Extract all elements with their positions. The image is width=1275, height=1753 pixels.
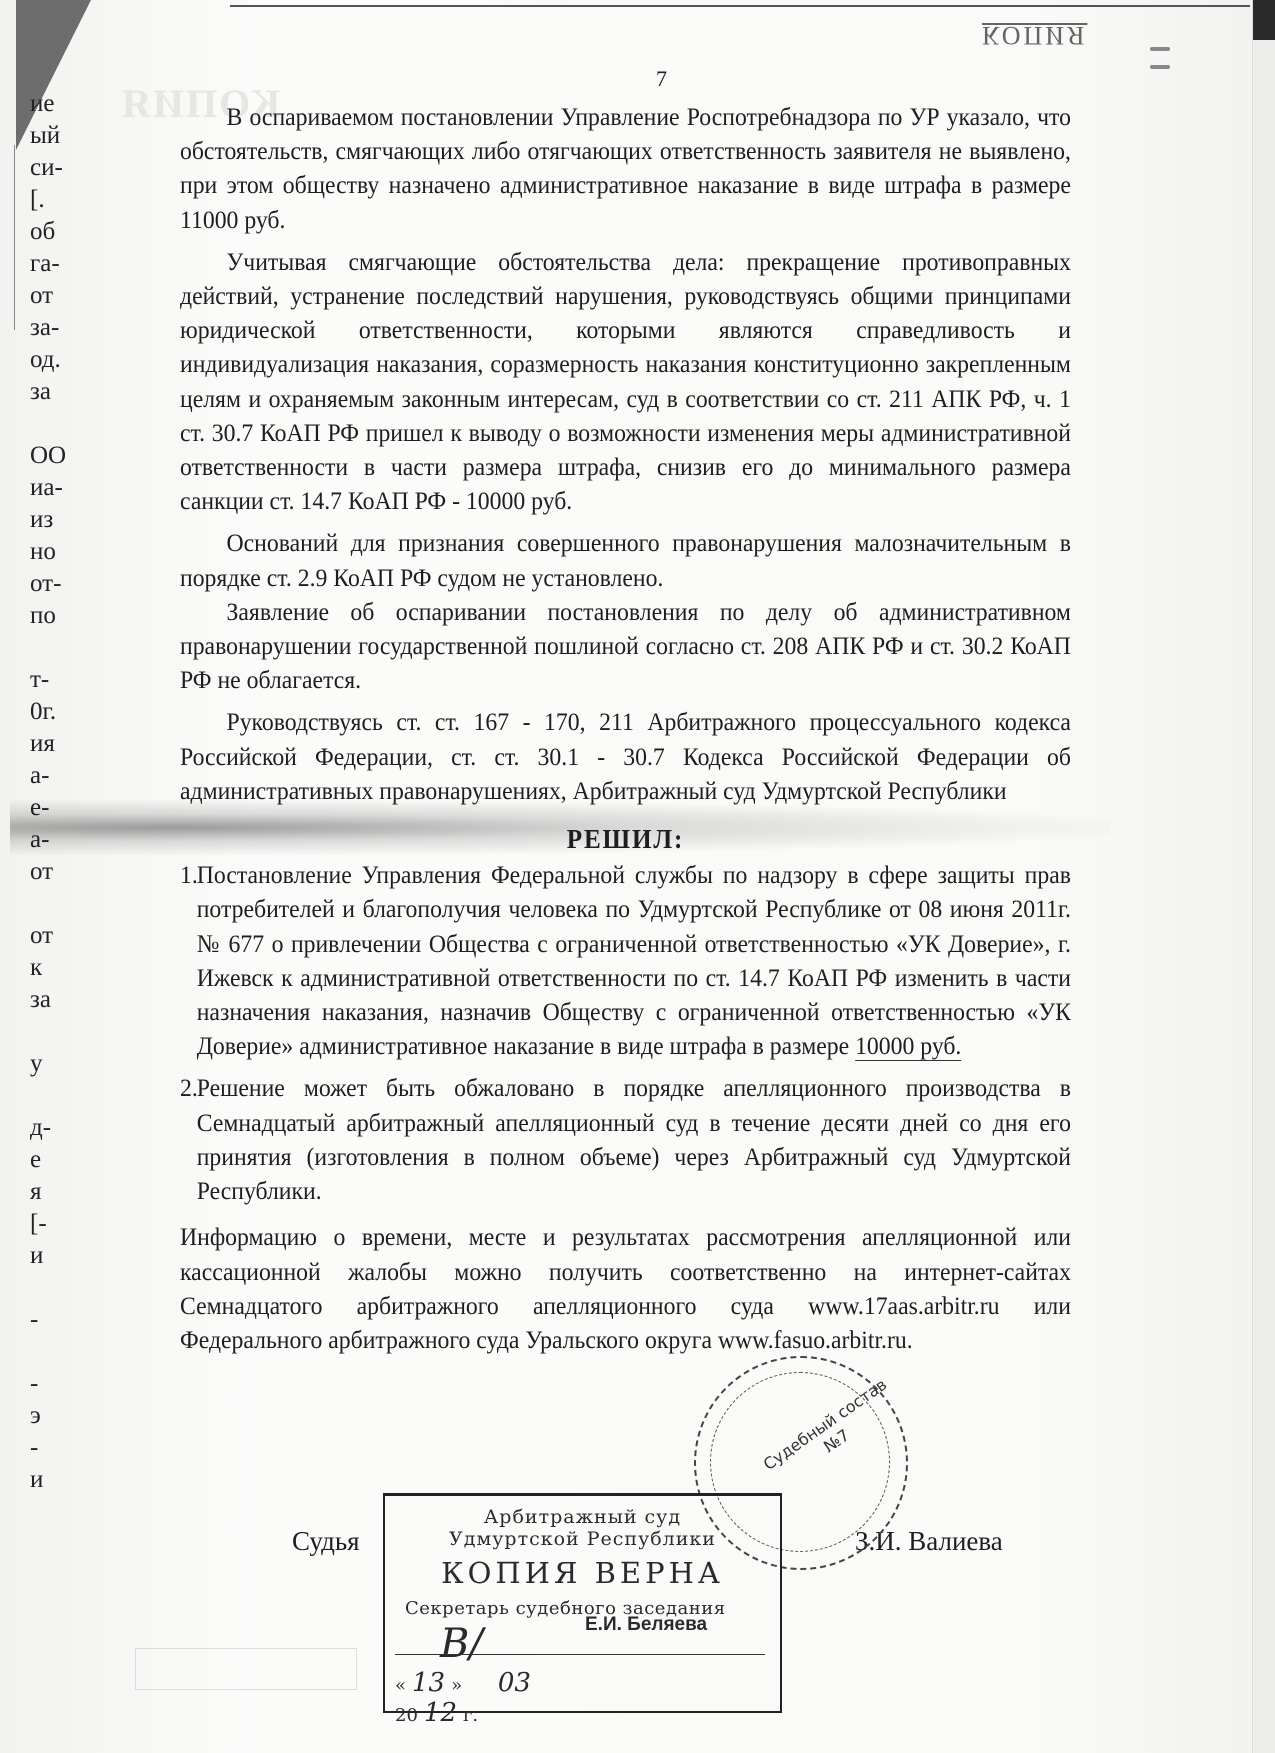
binder-marks bbox=[1150, 38, 1205, 44]
margin-fragment: ия bbox=[30, 728, 66, 760]
margin-fragment bbox=[30, 1272, 66, 1304]
item-number: 2. bbox=[180, 1071, 197, 1208]
paragraph: В оспариваемом постановлении Управление … bbox=[180, 100, 1071, 237]
date-year: 12 bbox=[424, 1698, 457, 1728]
margin-fragment: а- bbox=[30, 824, 66, 856]
margin-fragment bbox=[30, 408, 66, 440]
left-edge-line bbox=[14, 145, 15, 330]
stamp-court-line: Арбитражный суд bbox=[385, 1506, 780, 1528]
item-number: 1. bbox=[180, 858, 197, 1063]
margin-fragment: от bbox=[30, 920, 66, 952]
decision-item-1: 1. Постановление Управления Федеральной … bbox=[180, 858, 1071, 1063]
document-page: КОПИЯ КОПИЯ иеыйси-[.обга-отза-од.за ООи… bbox=[0, 0, 1275, 1753]
margin-fragment bbox=[30, 1080, 66, 1112]
date-day: 13 bbox=[412, 1668, 445, 1698]
margin-fragment bbox=[30, 1336, 66, 1368]
margin-fragment: но bbox=[30, 536, 66, 568]
margin-fragment: за- bbox=[30, 312, 66, 344]
margin-fragment: д- bbox=[30, 1112, 66, 1144]
margin-fragment: иа- bbox=[30, 472, 66, 504]
margin-fragment: а- bbox=[30, 760, 66, 792]
mirrored-copy-mark: КОПИЯ bbox=[982, 20, 1087, 50]
margin-fragment: ОО bbox=[30, 440, 66, 472]
secretary-name: Е.И. Беляева bbox=[585, 1614, 707, 1636]
margin-fragment bbox=[30, 1016, 66, 1048]
margin-fragment: к bbox=[30, 952, 66, 984]
copy-certification-stamp: Арбитражный суд Удмуртской Республики КО… bbox=[383, 1493, 782, 1713]
appeal-info-paragraph: Информацию о времени, месте и результата… bbox=[180, 1220, 1071, 1357]
certification-date: «13» 03 2012г. bbox=[395, 1668, 765, 1728]
margin-fragment: си- bbox=[30, 152, 66, 184]
margin-fragment: и bbox=[30, 1240, 66, 1272]
margin-fragment: е bbox=[30, 1144, 66, 1176]
margin-fragment: т- bbox=[30, 664, 66, 696]
margin-fragment: [. bbox=[30, 184, 66, 216]
margin-fragment: за bbox=[30, 984, 66, 1016]
signature-line bbox=[395, 1654, 765, 1655]
paragraph: Учитывая смягчающие обстоятельства дела:… bbox=[180, 245, 1071, 519]
margin-fragment: од. bbox=[30, 344, 66, 376]
signature-role: Судья bbox=[292, 1526, 360, 1557]
margin-fragment: - bbox=[30, 1368, 66, 1400]
margin-fragment: - bbox=[30, 1304, 66, 1336]
decision-heading: РЕШИЛ: bbox=[180, 822, 1071, 856]
margin-fragment bbox=[30, 888, 66, 920]
stamp-copy-true: КОПИЯ ВЕРНА bbox=[385, 1556, 780, 1590]
date-month: 03 bbox=[498, 1668, 531, 1698]
paragraph: Оснований для признания совершенного пра… bbox=[180, 526, 1071, 594]
paragraph: Руководствуясь ст. ст. 167 - 170, 211 Ар… bbox=[180, 705, 1071, 808]
left-margin-fragments: иеыйси-[.обга-отза-од.за ООиа-изноот-по … bbox=[30, 88, 66, 1496]
margin-fragment: [- bbox=[30, 1208, 66, 1240]
margin-fragment: по bbox=[30, 600, 66, 632]
stamp-region-line: Удмуртской Республики bbox=[385, 1528, 780, 1550]
document-body: В оспариваемом постановлении Управление … bbox=[180, 100, 1071, 1357]
margin-fragment: из bbox=[30, 504, 66, 536]
margin-fragment: об bbox=[30, 216, 66, 248]
handwritten-signature: В/ bbox=[440, 1621, 483, 1667]
decision-item-2: 2. Решение может быть обжаловано в поряд… bbox=[180, 1071, 1071, 1208]
margin-fragment: у bbox=[30, 1048, 66, 1080]
margin-fragment: 0г. bbox=[30, 696, 66, 728]
item-text: Решение может быть обжаловано в порядке … bbox=[197, 1071, 1071, 1208]
page-number: 7 bbox=[656, 66, 667, 92]
margin-fragment: ый bbox=[30, 120, 66, 152]
margin-fragment: от bbox=[30, 856, 66, 888]
fine-amount: 10000 руб. bbox=[855, 1031, 961, 1061]
scan-right-edge bbox=[1252, 0, 1275, 1753]
stamp-secretary-title: Секретарь судебного заседания bbox=[385, 1598, 780, 1619]
margin-fragment: га- bbox=[30, 248, 66, 280]
margin-fragment: от- bbox=[30, 568, 66, 600]
margin-fragment: и bbox=[30, 1464, 66, 1496]
margin-fragment: от bbox=[30, 280, 66, 312]
margin-fragment: е- bbox=[30, 792, 66, 824]
margin-fragment: э bbox=[30, 1400, 66, 1432]
margin-fragment: - bbox=[30, 1432, 66, 1464]
margin-fragment: ие bbox=[30, 88, 66, 120]
margin-fragment: за bbox=[30, 376, 66, 408]
margin-fragment bbox=[30, 632, 66, 664]
margin-fragment: я bbox=[30, 1176, 66, 1208]
scan-edge-line bbox=[230, 5, 1250, 7]
bleed-through-box bbox=[135, 1648, 357, 1690]
paragraph: Заявление об оспаривании постановления п… bbox=[180, 595, 1071, 698]
